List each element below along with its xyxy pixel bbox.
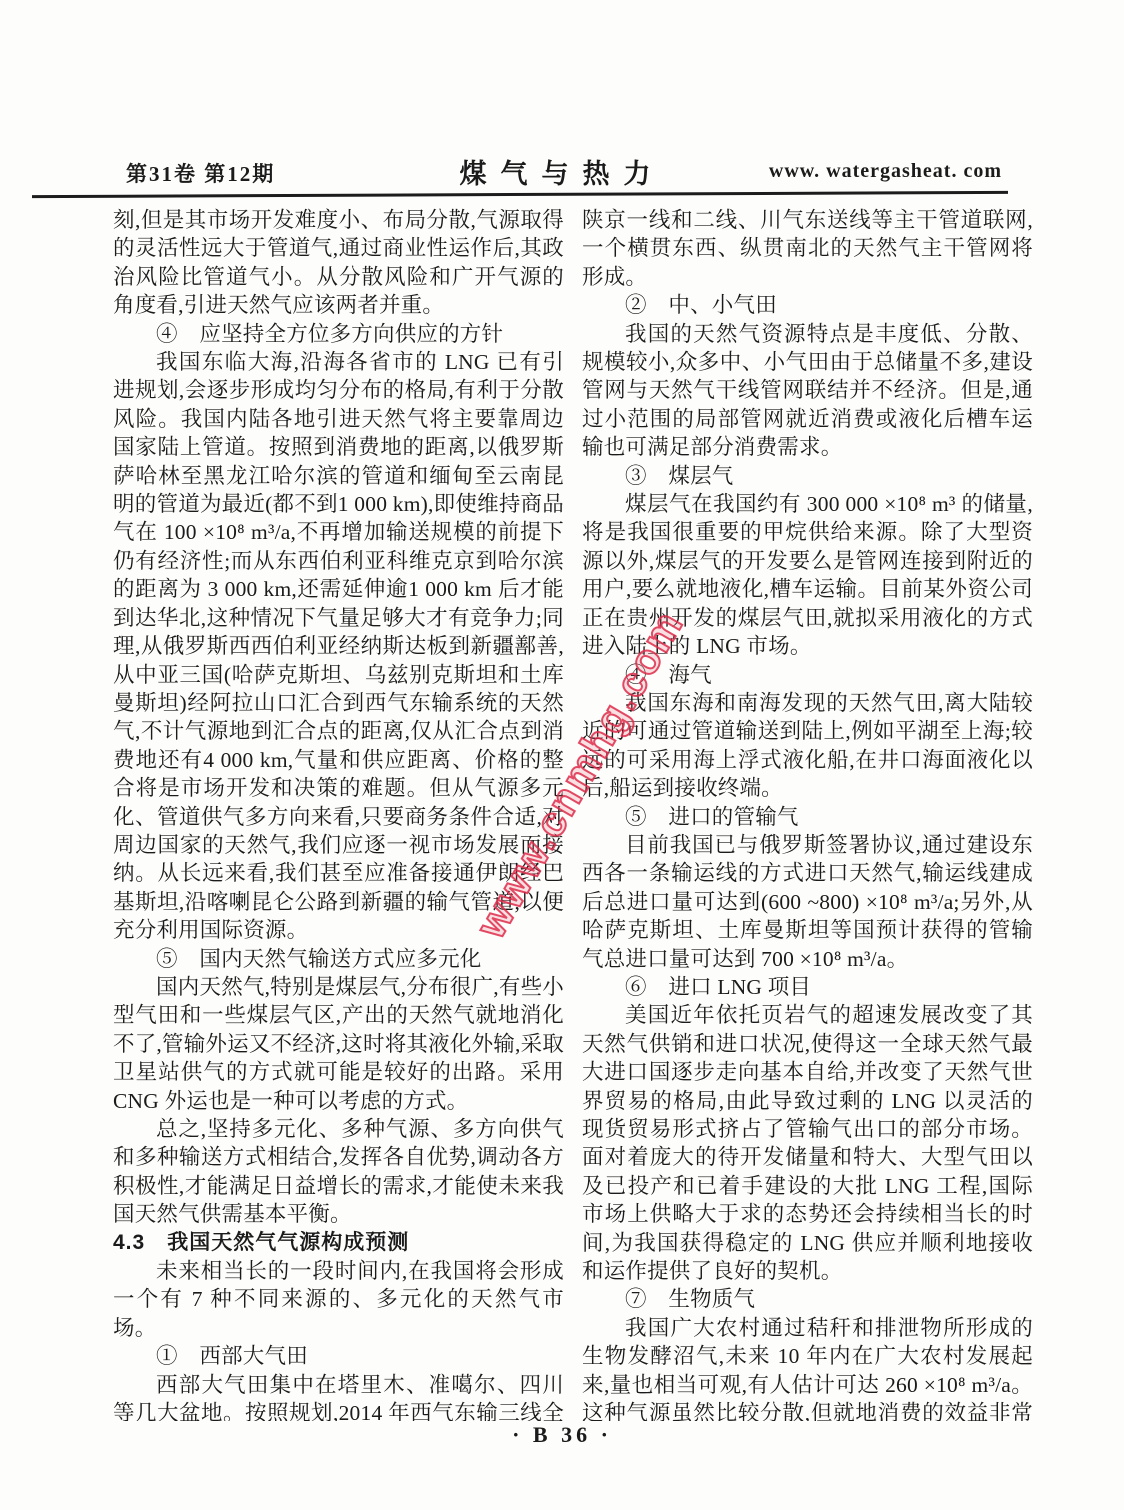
- item-heading: ⑤ 国内天然气输送方式应多元化: [113, 945, 564, 973]
- paragraph-continued: 刻,但是其市场开发难度小、布局分散,气源取得的灵活性远大于管道气,通过商业性运作…: [113, 206, 564, 320]
- header-rule: [32, 191, 1008, 198]
- item-heading: ④ 应坚持全方位多方向供应的方针: [113, 320, 564, 348]
- paragraph: 我国的天然气资源特点是丰度低、分散、规模较小,众多中、小气田由于总储量不多,建设…: [582, 320, 1033, 462]
- paragraph: 我国东临大海,沿海各省市的 LNG 已有引进规划,会逐步形成均匀分布的格局,有利…: [113, 348, 564, 945]
- item-heading: ③ 煤层气: [582, 462, 1033, 490]
- paragraph: 我国东海和南海发现的天然气田,离大陆较近的可通过管道输送到陆上,例如平湖至上海;…: [582, 689, 1033, 803]
- item-heading: ④ 海气: [582, 661, 1033, 689]
- page-number: · B 36 ·: [0, 1422, 1124, 1448]
- paragraph: 美国近年依托页岩气的超速发展改变了其天然气供销和进口状况,使得这一全球天然气最大…: [582, 1001, 1033, 1285]
- item-heading: ⑤ 进口的管输气: [582, 803, 1033, 831]
- header-issue: 第31卷 第12期: [126, 158, 275, 188]
- paragraph: 目前我国已与俄罗斯签署协议,通过建设东西各一条输运线的方式进口天然气,输运线建成…: [582, 831, 1033, 973]
- paragraph: 西部大气田集中在塔里木、准噶尔、四川等几大盆地。按照规划,2014 年西气东输三…: [113, 1371, 564, 1421]
- two-column-body: 刻,但是其市场开发难度小、布局分散,气源取得的灵活性远大于管道气,通过商业性运作…: [113, 206, 1033, 1421]
- paragraph: 我国广大农村通过秸秆和排泄物所形成的生物发酵沼气,未来 10 年内在广大农村发展…: [582, 1314, 1033, 1421]
- item-heading: ① 西部大气田: [113, 1342, 564, 1370]
- paragraph: 总之,坚持多元化、多种气源、多方向供气和多种输送方式相结合,发挥各自优势,调动各…: [113, 1115, 564, 1229]
- left-column: 刻,但是其市场开发难度小、布局分散,气源取得的灵活性远大于管道气,通过商业性运作…: [113, 206, 564, 1421]
- paragraph: 未来相当长的一段时间内,在我国将会形成一个有 7 种不同来源的、多元化的天然气市…: [113, 1257, 564, 1342]
- item-heading: ⑦ 生物质气: [582, 1285, 1033, 1313]
- paragraph-continued: 陕京一线和二线、川气东送线等主干管道联网,一个横贯东西、纵贯南北的天然气主干管网…: [582, 206, 1033, 291]
- journal-title: 煤气与热力: [460, 152, 665, 191]
- right-column: 陕京一线和二线、川气东送线等主干管道联网,一个横贯东西、纵贯南北的天然气主干管网…: [582, 206, 1033, 1421]
- paragraph: 煤层气在我国约有 300 000 ×10⁸ m³ 的储量,将是我国很重要的甲烷供…: [582, 490, 1033, 660]
- header-website: www. watergasheat. com: [769, 160, 1002, 183]
- paragraph: 国内天然气,特别是煤层气,分布很广,有些小型气田和一些煤层气区,产出的天然气就地…: [113, 973, 564, 1115]
- section-heading: 4.3 我国天然气气源构成预测: [113, 1229, 564, 1257]
- journal-page: 第31卷 第12期 煤气与热力 www. watergasheat. com 刻…: [0, 0, 1124, 1510]
- item-heading: ⑥ 进口 LNG 项目: [582, 973, 1033, 1001]
- item-heading: ② 中、小气田: [582, 291, 1033, 319]
